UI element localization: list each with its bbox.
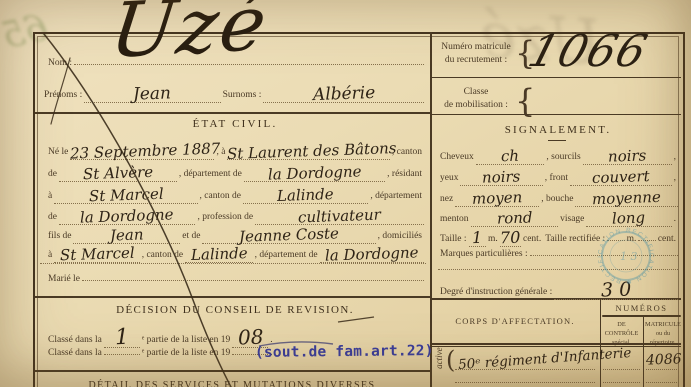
- departement-label: , département: [368, 191, 424, 201]
- prenoms-row: Prénoms : Jean Surnoms : Albérie: [42, 84, 424, 103]
- signalement-title: SIGNALEMENT.: [436, 124, 680, 136]
- profession-de-label: , profession de: [195, 212, 255, 222]
- menton-label: menton: [438, 214, 471, 224]
- birth-place-value: St Laurent des Bâtons: [227, 141, 397, 162]
- brace-glyph: {: [515, 82, 535, 120]
- table-dotted: [455, 382, 595, 383]
- nez-row: nez moyen , bouche moyenne: [438, 188, 678, 207]
- marie-le-label: Marié le: [46, 274, 82, 284]
- birth-departement-field: la Dordogne: [244, 163, 385, 182]
- a2-label: à: [46, 191, 54, 201]
- classe1-num-value: 1: [114, 327, 129, 349]
- front-field: couvert: [570, 167, 672, 186]
- surnoms-label: Surnoms :: [221, 90, 264, 100]
- sourcils-value: noirs: [608, 148, 647, 164]
- soutien-famille-stamp: (sout.de fam.art.22): [255, 343, 434, 361]
- round-rectification-stamp: RECTIFICATION ✱ RECTIFICATION ✱ 1 3: [594, 224, 658, 288]
- departement-de2-label: , département de: [253, 250, 320, 260]
- birth-date-field: 23 Septembre 1887: [70, 141, 214, 160]
- taille-m-value: 1: [472, 230, 483, 246]
- classe-mobilisation-label: Classe de mobilisation :: [436, 86, 516, 112]
- classe2-num-field: [104, 354, 140, 355]
- canton-de-label: , canton de: [198, 191, 243, 201]
- decision-title: DÉCISION DU CONSEIL DE REVISION.: [46, 304, 424, 316]
- comma: ,: [672, 152, 678, 162]
- parents-departement-field: la Dordogne: [320, 244, 424, 263]
- handwritten-surname: Uzé: [106, 0, 273, 75]
- marques-label: Marques particulières :: [438, 249, 530, 259]
- matricule-number-value: 1066: [523, 26, 654, 77]
- prenoms-label: Prénoms :: [42, 90, 84, 100]
- yeux-value: noirs: [482, 169, 521, 185]
- table-dotted: [603, 369, 640, 370]
- matricule-entry-value: 4086: [646, 352, 682, 367]
- sourcils-field: noirs: [583, 146, 672, 165]
- taille-cm-value: 70: [500, 230, 521, 247]
- classe-label-line1: Classe: [436, 86, 516, 99]
- cheveux-value: ch: [501, 149, 520, 165]
- residence-departement-value: la Dordogne: [80, 207, 174, 225]
- surnoms-field: Albérie: [263, 84, 424, 103]
- de2-label: de: [46, 212, 59, 222]
- fiche-matricule-scan: 65 Uzé Uzé Nom : Prénoms : Jean Surnoms …: [0, 0, 691, 387]
- birth-row: Né le 23 Septembre 1887 , à St Laurent d…: [46, 141, 424, 160]
- birth-departement-value: la Dordogne: [268, 164, 362, 182]
- mother-field: Jeanne Coste: [202, 225, 375, 244]
- parents-departement-value: la Dordogne: [325, 245, 419, 263]
- cheveux-row: Cheveux ch , sourcils noirs ,: [438, 146, 678, 165]
- bouche-value: moyenne: [592, 190, 661, 207]
- father-value: Jean: [110, 227, 144, 243]
- front-label: , front: [543, 173, 570, 183]
- birth-canton-field: St Alvère: [59, 163, 177, 182]
- surnoms-value: Albérie: [312, 85, 375, 104]
- et-de-label: et de: [180, 231, 202, 241]
- visage-label: visage: [558, 214, 586, 224]
- comma: ,: [672, 173, 678, 183]
- ne-le-label: Né le: [46, 147, 70, 157]
- numero-matricule-label-line1: Numéro matricule: [436, 41, 516, 54]
- nom-label: Nom :: [46, 58, 74, 68]
- detail-services-title: DÉTAIL DES SERVICES ET MUTATIONS DIVERSE…: [36, 380, 428, 387]
- nez-label: nez: [438, 194, 455, 204]
- a3-label: à: [46, 250, 54, 260]
- birth-canton-row: de St Alvère , département de la Dordogn…: [46, 163, 424, 182]
- divider: [35, 370, 430, 372]
- bouche-label: , bouche: [539, 194, 575, 204]
- table-header-rule2: [432, 346, 681, 347]
- marie-field: [82, 280, 424, 281]
- armee-active-label: active.: [434, 326, 444, 387]
- svg-text:1 3: 1 3: [620, 250, 638, 263]
- classe1-pre: Classé dans la: [46, 335, 104, 345]
- father-field: Jean: [73, 225, 180, 244]
- dot: .: [268, 335, 274, 345]
- degre-label: Degré d'instruction générale :: [438, 287, 554, 297]
- parents-domicile-row: à St Marcel , canton de Lalinde , départ…: [46, 244, 424, 263]
- residence-canton-value: Lalinde: [277, 187, 334, 204]
- etat-civil-title: ÉTAT CIVIL.: [46, 118, 424, 130]
- parents-domicile-value: St Marcel: [59, 246, 134, 264]
- profession-value: cultivateur: [298, 208, 381, 226]
- classe2-mid: ᵉ partie de la liste en 19: [140, 348, 232, 358]
- divider: [35, 296, 430, 298]
- title-underline: [548, 140, 566, 141]
- classe-label-line2: de mobilisation :: [436, 99, 516, 112]
- menton-field: rond: [471, 208, 559, 227]
- cent2-label: cent.: [656, 234, 678, 244]
- numero-matricule-label-line2: du recrutement :: [436, 54, 516, 67]
- profession-field: cultivateur: [255, 206, 424, 225]
- parents-canton-value: Lalinde: [190, 246, 247, 263]
- prenoms-field: Jean: [84, 84, 220, 103]
- corps-affectation-header: CORPS D'AFFECTATION.: [435, 316, 595, 326]
- table-dotted: [603, 382, 640, 383]
- numeros-swell-rule: [602, 315, 681, 317]
- residence-canton-field: Lalinde: [243, 185, 368, 204]
- divider: [35, 112, 430, 114]
- domicilies-label: , domiciliés: [376, 231, 424, 241]
- cheveux-label: Cheveux: [438, 152, 476, 162]
- yeux-field: noirs: [460, 167, 542, 186]
- de-label: de: [46, 169, 59, 179]
- nez-value: moyen: [472, 190, 523, 207]
- marie-row: Marié le: [46, 274, 424, 284]
- paren-glyph: (: [446, 346, 455, 374]
- mother-value: Jeanne Coste: [239, 226, 339, 244]
- birth-canton-value: St Alvère: [83, 165, 154, 182]
- profession-row: de la Dordogne , profession de cultivate…: [46, 206, 424, 225]
- canton-de2-label: , canton de: [140, 250, 185, 260]
- numero-matricule-label: Numéro matricule du recrutement :: [436, 41, 516, 67]
- dotted-divider: [40, 263, 426, 264]
- cent-label: cent.: [521, 234, 543, 244]
- birth-place-field: St Laurent des Bâtons: [227, 141, 389, 160]
- front-value: couvert: [592, 169, 650, 186]
- controle-column-header: DE CONTRÔLE spécial.: [602, 321, 641, 347]
- divider: [432, 77, 681, 78]
- taille-cm-field: 70: [500, 228, 521, 247]
- parents-canton-field: Lalinde: [185, 244, 252, 263]
- table-dotted: [646, 382, 679, 383]
- cheveux-field: ch: [476, 146, 545, 165]
- classe2-pre: Classé dans la: [46, 348, 104, 358]
- classe1-mid: ᵉ partie de la liste en 19: [140, 335, 232, 345]
- table-dotted: [646, 369, 679, 370]
- center-divider: [430, 32, 432, 387]
- residence-field: St Marcel: [54, 185, 197, 204]
- yeux-label: yeux: [438, 173, 460, 183]
- table-header-rule: [432, 343, 681, 345]
- prenoms-value: Jean: [133, 85, 172, 103]
- divider: [432, 114, 681, 115]
- nez-field: moyen: [455, 188, 539, 207]
- parents-row: fils de Jean et de Jeanne Coste , domici…: [46, 225, 424, 244]
- numeros-header: NUMÉROS: [600, 303, 683, 313]
- residence-row: à St Marcel , canton de Lalinde , départ…: [46, 185, 424, 204]
- birth-date-value: 23 Septembre 1887: [70, 141, 221, 161]
- taille-m-field: 1: [469, 228, 486, 247]
- menton-value: rond: [496, 210, 532, 226]
- table-subdivider: [643, 316, 644, 387]
- residence-value: St Marcel: [88, 187, 163, 205]
- bouche-field: moyenne: [575, 188, 678, 207]
- matricule-column-header: MATRICULE ou du répertoire.: [645, 321, 681, 347]
- corps-entry: 50ᵉ régiment d'Infanterie: [458, 350, 632, 368]
- classe1-num-field: 1: [104, 325, 140, 348]
- taille-label: Taille :: [438, 234, 469, 244]
- residant-label: , résidant: [385, 169, 424, 179]
- departement-de-label: , département de: [177, 169, 244, 179]
- period: .: [672, 214, 678, 224]
- sourcils-label: , sourcils: [544, 152, 582, 162]
- m-label: m.: [486, 234, 500, 244]
- yeux-row: yeux noirs , front couvert ,: [438, 167, 678, 186]
- parents-domicile-field: St Marcel: [54, 244, 139, 263]
- matricule-entry: 4086: [646, 351, 682, 369]
- fils-de-label: fils de: [46, 231, 73, 241]
- residence-departement-field: la Dordogne: [59, 206, 196, 225]
